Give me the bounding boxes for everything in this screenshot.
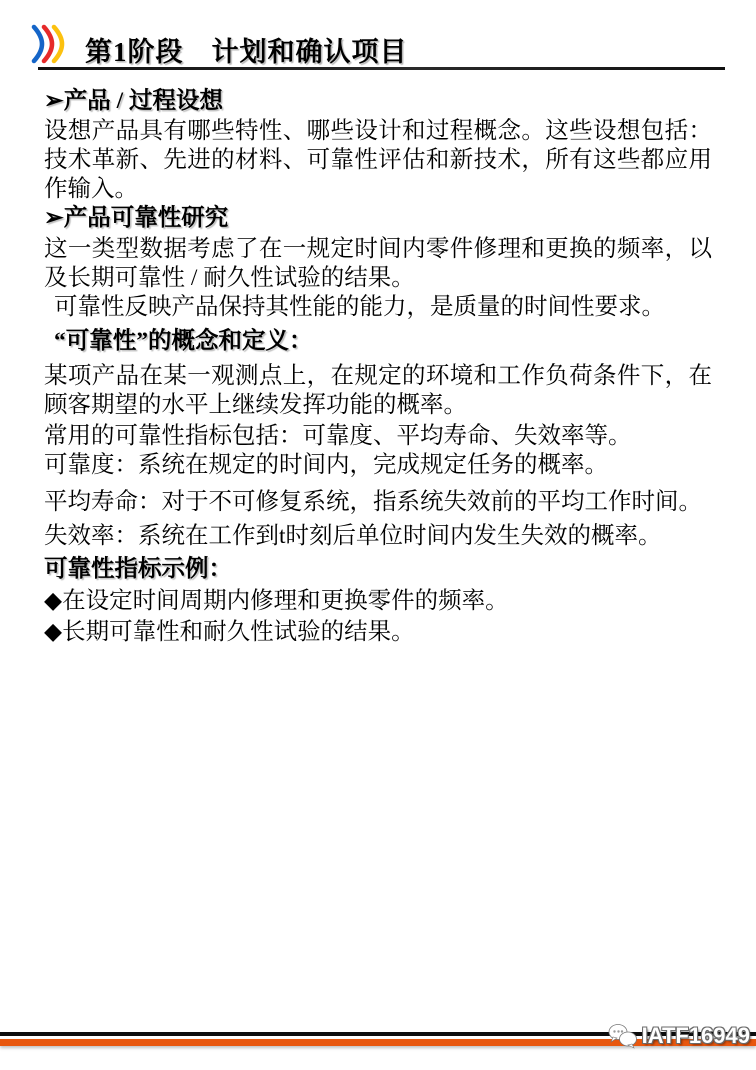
content-heading: “可靠性”的概念和定义： [44, 327, 712, 356]
content-paragraph: 常用的可靠性指标包括：可靠度、平均寿命、失效率等。 [44, 422, 712, 451]
content-paragraph: 失效率：系统在工作到t时刻后单位时间内发生失效的概率。 [44, 522, 712, 551]
triple-chevron-logo-icon [31, 24, 65, 64]
bullet-item: ◆在设定时间周期内修理和更换零件的频率。 [44, 587, 712, 616]
content-paragraph: 可靠性反映产品保持其性能的能力，是质量的时间性要求。 [44, 293, 712, 322]
content-heading: ➢产品可靠性研究 [44, 204, 712, 233]
slide: 第1阶段 计划和确认项目 ➢产品 / 过程设想 设想产品具有哪些特性、哪些设计和… [0, 0, 756, 1070]
content-paragraph: 平均寿命：对于不可修复系统，指系统失效前的平均工作时间。 [44, 488, 712, 517]
content-heading: ➢产品 / 过程设想 [44, 87, 712, 116]
content-paragraph: 设想产品具有哪些特性、哪些设计和过程概念。这些设想包括：技术革新、先进的材料、可… [44, 117, 712, 204]
watermark: IATF16949 [608, 1020, 750, 1052]
slide-header: 第1阶段 计划和确认项目 [0, 0, 756, 84]
content-paragraph: 某项产品在某一观测点上，在规定的环境和工作负荷条件下，在顾客期望的水平上继续发挥… [44, 362, 712, 420]
content-paragraph: 这一类型数据考虑了在一规定时间内零件修理和更换的频率，以及长期可靠性 / 耐久性… [44, 235, 712, 293]
bullet-item: ◆长期可靠性和耐久性试验的结果。 [44, 618, 712, 647]
content-heading: 可靠性指标示例： [44, 555, 712, 584]
watermark-text: IATF16949 [642, 1023, 750, 1049]
page-title: 第1阶段 计划和确认项目 [85, 30, 408, 69]
title-underline [38, 67, 725, 70]
slide-body: ➢产品 / 过程设想 设想产品具有哪些特性、哪些设计和过程概念。这些设想包括：技… [44, 84, 712, 647]
content-paragraph: 可靠度：系统在规定的时间内，完成规定任务的概率。 [44, 451, 712, 480]
chat-bubbles-icon [608, 1023, 638, 1049]
